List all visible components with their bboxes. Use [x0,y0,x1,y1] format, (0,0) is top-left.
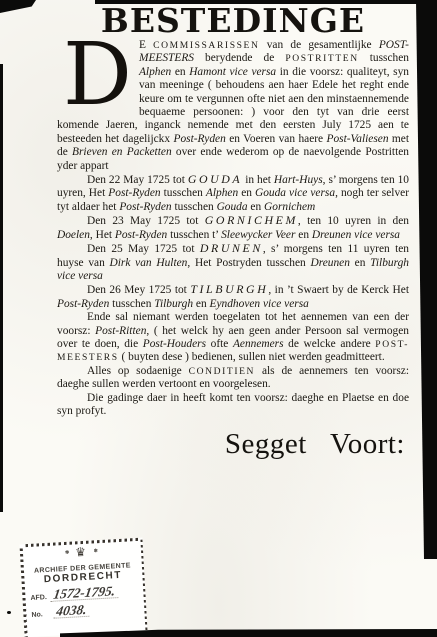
scan-artifact-speck [7,611,11,614]
scan-artifact-left-edge [0,64,3,512]
dropcap-initial: D [57,39,139,107]
scan-artifact-right-edge [413,0,437,559]
archive-stamp: ✽ ♛ ✽ ARCHIEF DER GEMEENTE DORDRECHT AFD… [20,538,148,637]
stamp-afd-row: AFD. 1572-1795. [30,584,140,603]
paragraph-gornichem: Den 23 May 1725 tot GORNICHEM, ten 10 uy… [57,214,409,242]
scanned-document: { "document": { "title": "BESTEDINGE", "… [0,0,437,637]
paragraph-drunen: Den 25 May 1725 tot DRUNEN, s’ morgens t… [57,242,409,283]
closing-phrase: Segget Voort: [57,428,409,460]
document-title: BESTEDINGE [57,2,409,39]
paragraph-admission-rule: Ende sal niemant werden toegelaten tot h… [57,311,409,365]
stamp-perforation-right [140,540,148,632]
paragraph-gadinge: Die gadinge daer in heeft komt ten voors… [57,392,409,419]
stamp-perforation-left [20,548,28,637]
stamp-no-row: No. 4038. [31,601,141,620]
paragraph-tilburgh: Den 26 Mey 1725 tot TILBURGH, in ’t Swae… [57,283,409,311]
scan-artifact-top-edge [95,0,437,4]
scan-artifact-top-left [0,0,36,13]
stamp-no-handwritten-value: 4038. [54,604,92,619]
paragraph-gouda: Den 22 May 1725 tot GOUDA in het Hart-Hu… [57,173,409,214]
paragraph-conditions: Alles op sodaenige CONDITIEN als de aenn… [57,365,409,392]
document-body: BESTEDINGE DE COMMISSARISSEN van de gesa… [57,2,409,460]
stamp-no-label: No. [31,611,43,619]
stamp-afd-label: AFD. [30,594,47,602]
paragraph-intro: DE COMMISSARISSEN van de gesamentlijke P… [57,39,409,173]
stamp-afd-handwritten-value: 1572-1795. [51,585,121,602]
